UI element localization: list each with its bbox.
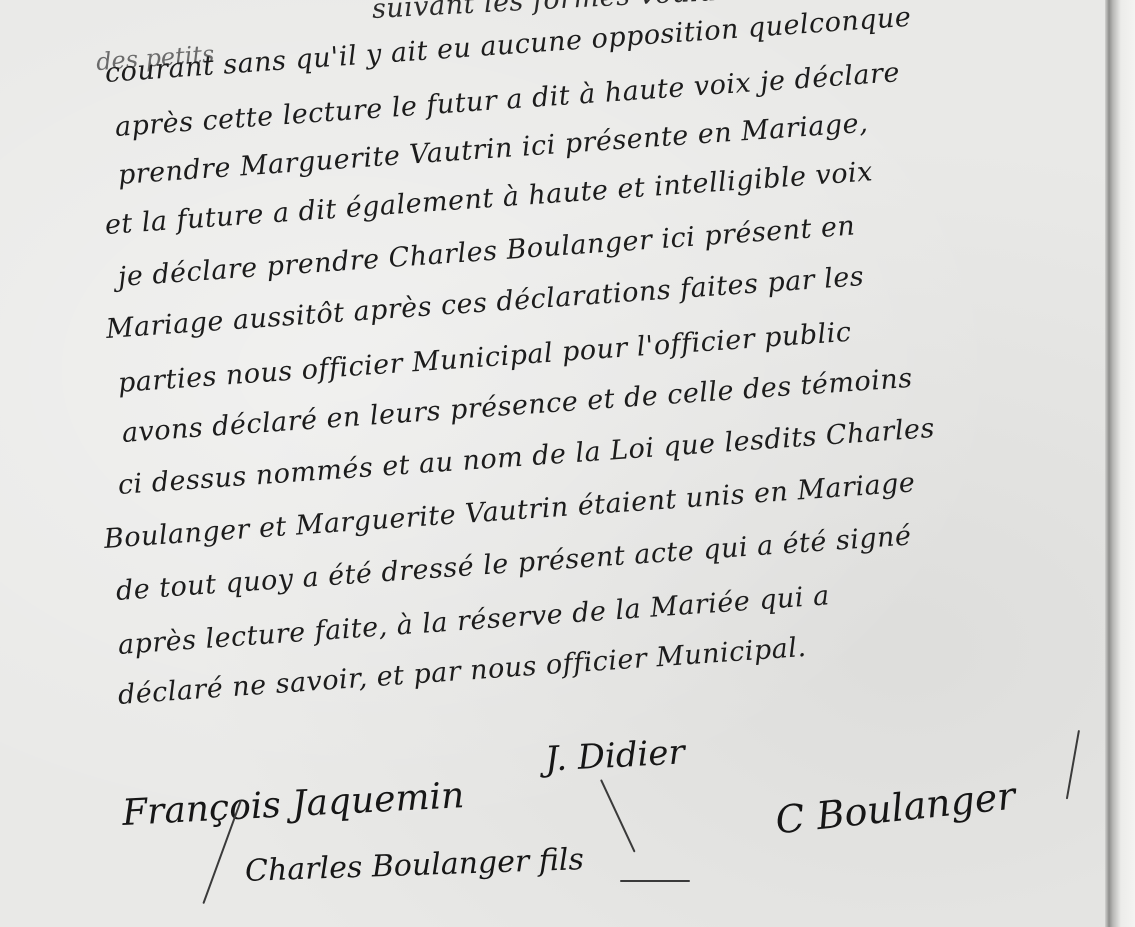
- signature-boulanger-father: C Boulanger: [773, 774, 1017, 843]
- signature-jaquemin: François Jaquemin: [121, 775, 465, 834]
- signature-underline: [620, 880, 690, 882]
- signature-boulanger-fils: Charles Boulanger fils: [244, 842, 584, 889]
- signature-flourish-stroke: [600, 779, 636, 852]
- page-binding-edge: [1105, 0, 1135, 927]
- document-page: des petits suivant les formes voulues co…: [0, 0, 1135, 927]
- signature-didier: J. Didier: [544, 732, 686, 779]
- signature-flourish-stroke: [1066, 730, 1080, 799]
